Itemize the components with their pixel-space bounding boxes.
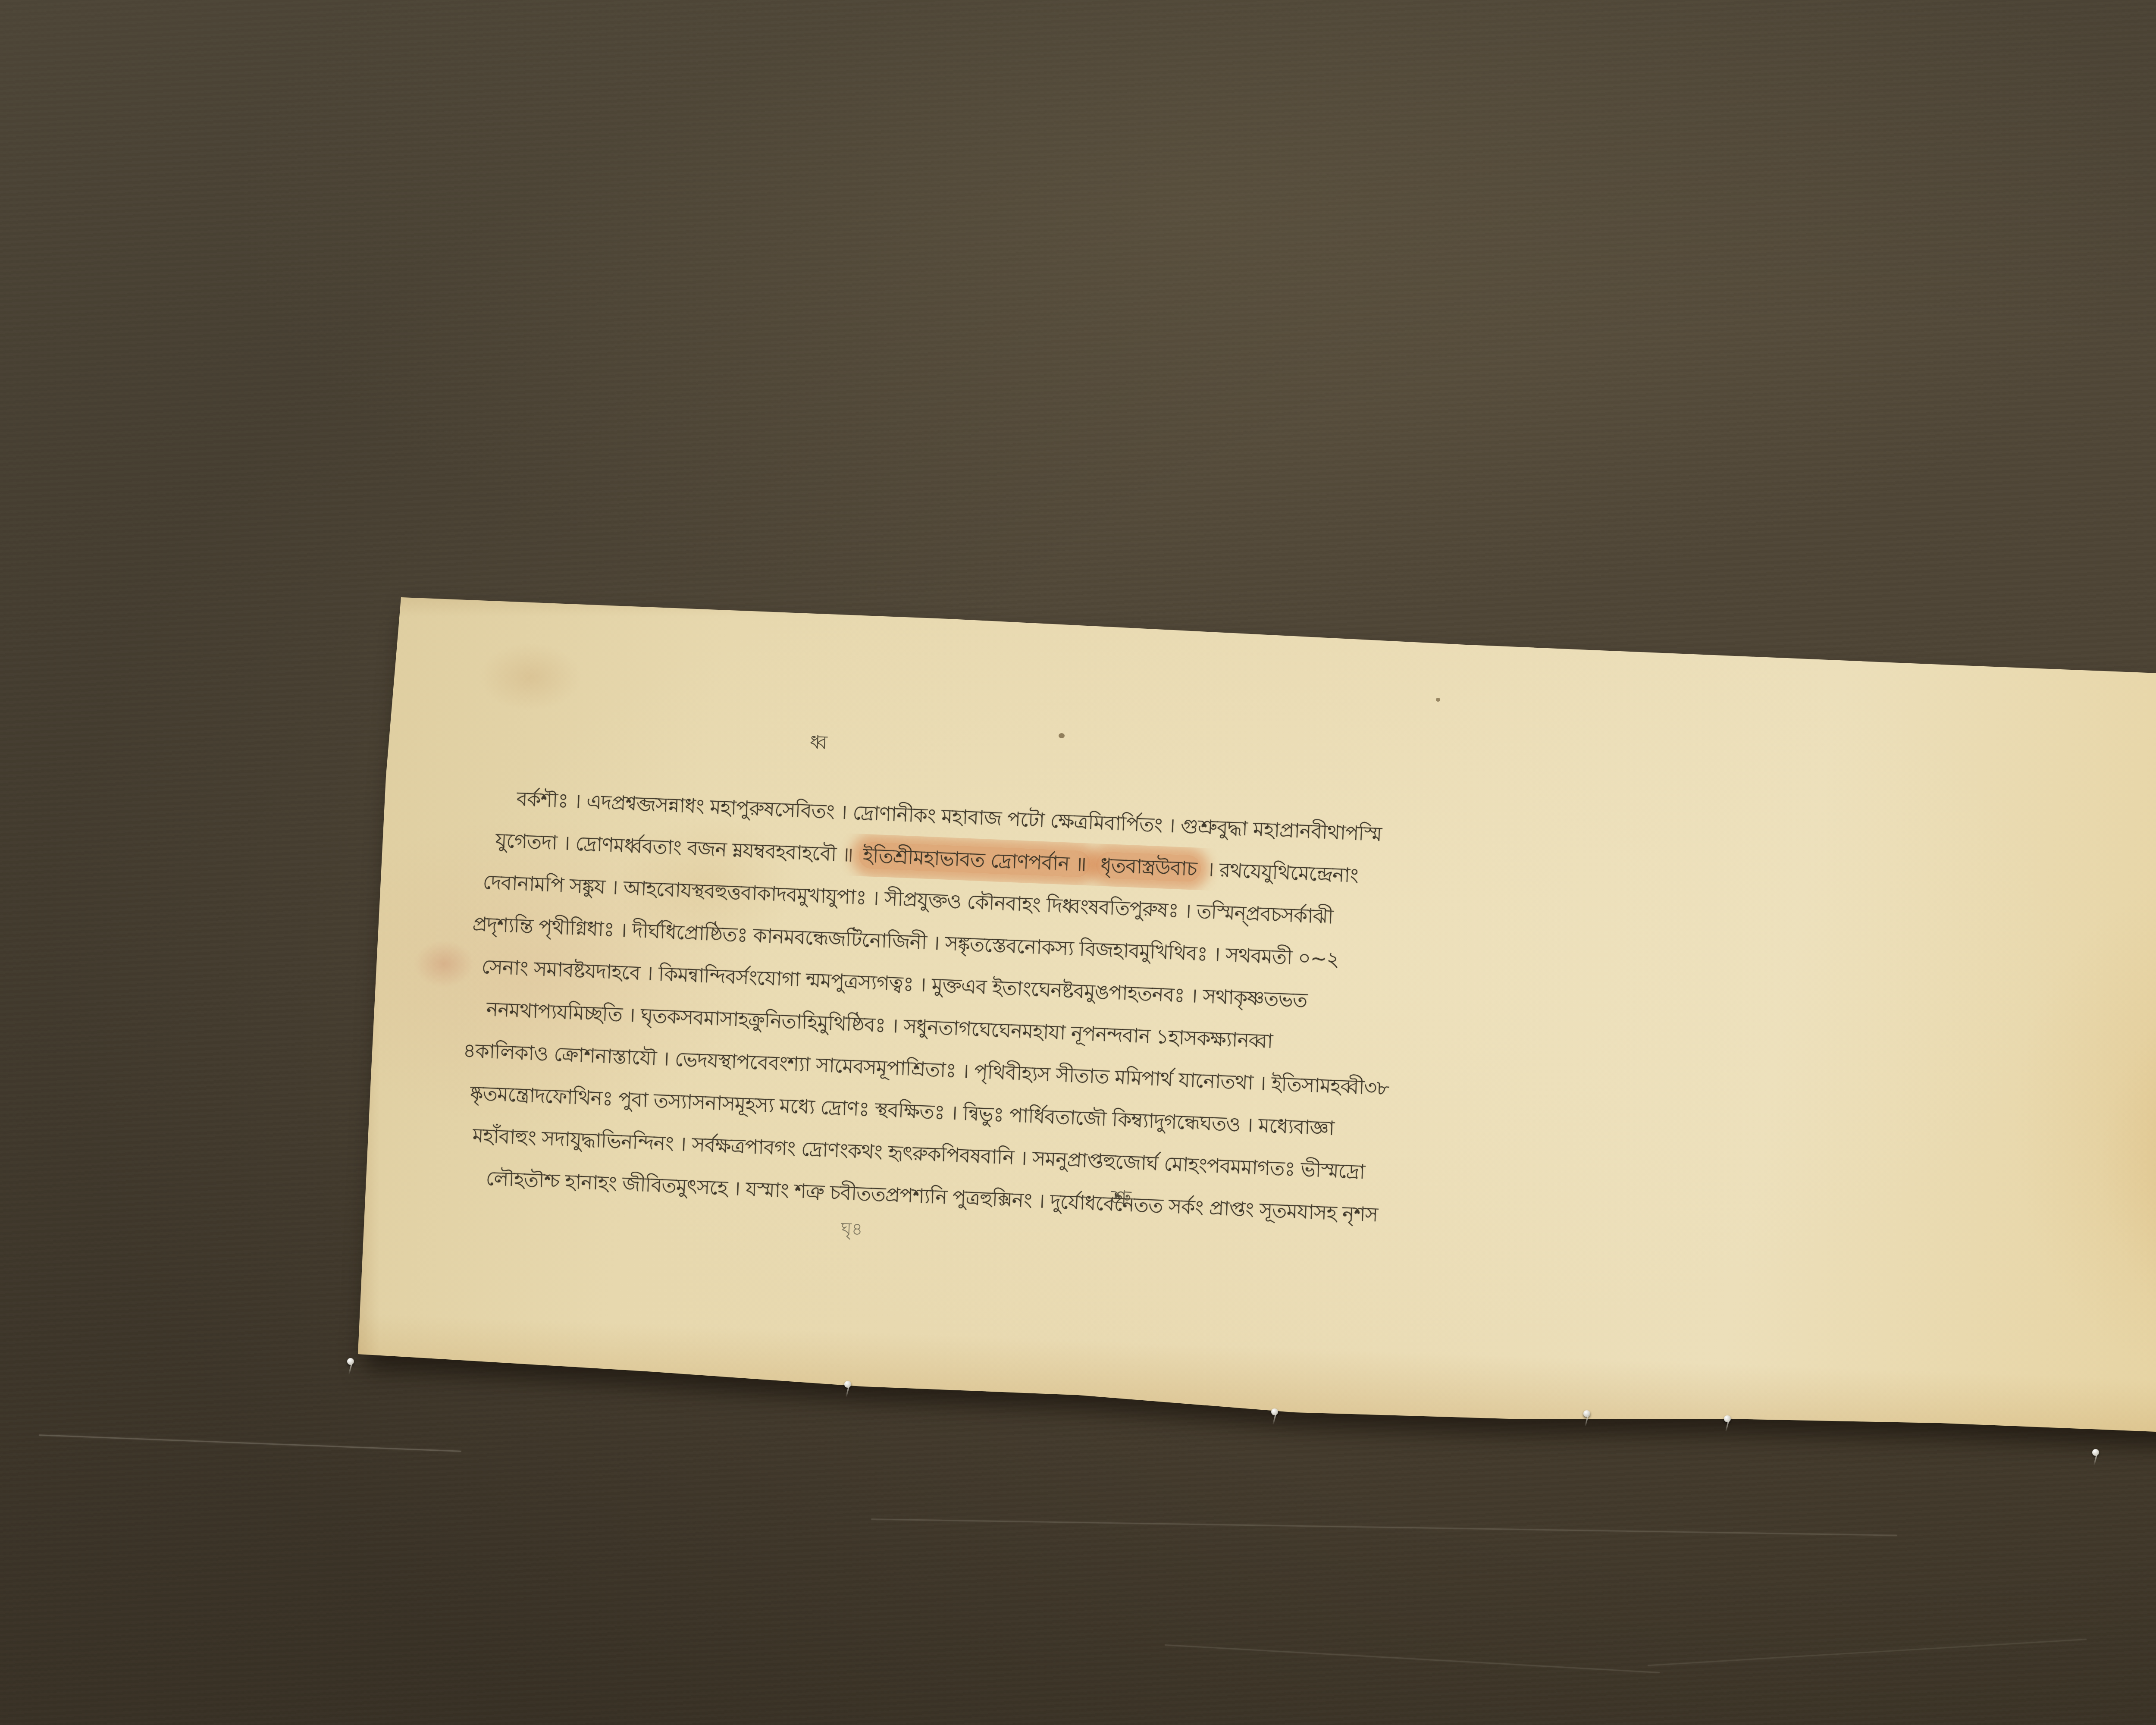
pin: [1583, 1410, 1590, 1417]
pin: [1724, 1415, 1731, 1422]
manuscript-text: বর্কশৗঃ । এদপ্রশ্বব্জসন্নাধং মহাপুরুষসেব…: [470, 776, 2156, 1270]
marginal-mark-top: ধ্ব: [809, 728, 828, 760]
rubricated-text: ইতিশ্রীমহাভাবত দ্রোণপর্বান ॥: [858, 842, 1091, 878]
manuscript-text-segment: যুগেতদা । দ্রোণমর্ধ্ববতাং বজন ম্নযম্ববহব…: [495, 828, 859, 867]
manuscript-text-segment: । রথযেযুথিমেন্দ্রেনাং: [1200, 857, 1358, 887]
photograph: বর্কশৗঃ । এদপ্রশ্বব্জসন্নাধং মহাপুরুষসেব…: [0, 0, 2156, 1725]
pin: [1271, 1408, 1278, 1415]
marginal-flourish: শ্রু: [1110, 1182, 1131, 1217]
pin: [844, 1381, 851, 1388]
pin: [347, 1358, 354, 1365]
manuscript-leaf: বর্কশৗঃ । এদপ্রশ্বব্জসন্নাধং মহাপুরুষসেব…: [349, 591, 2156, 1458]
pin: [2092, 1449, 2099, 1456]
manuscript-paper: বর্কশৗঃ । এদপ্রশ্বব্জসন্নাধং মহাপুরুষসেব…: [349, 591, 2156, 1458]
rubricated-text: ধৃতবাস্ত্রউবাচ: [1096, 851, 1202, 882]
marginal-mark-bottom: ঘৃ৪: [840, 1215, 863, 1245]
